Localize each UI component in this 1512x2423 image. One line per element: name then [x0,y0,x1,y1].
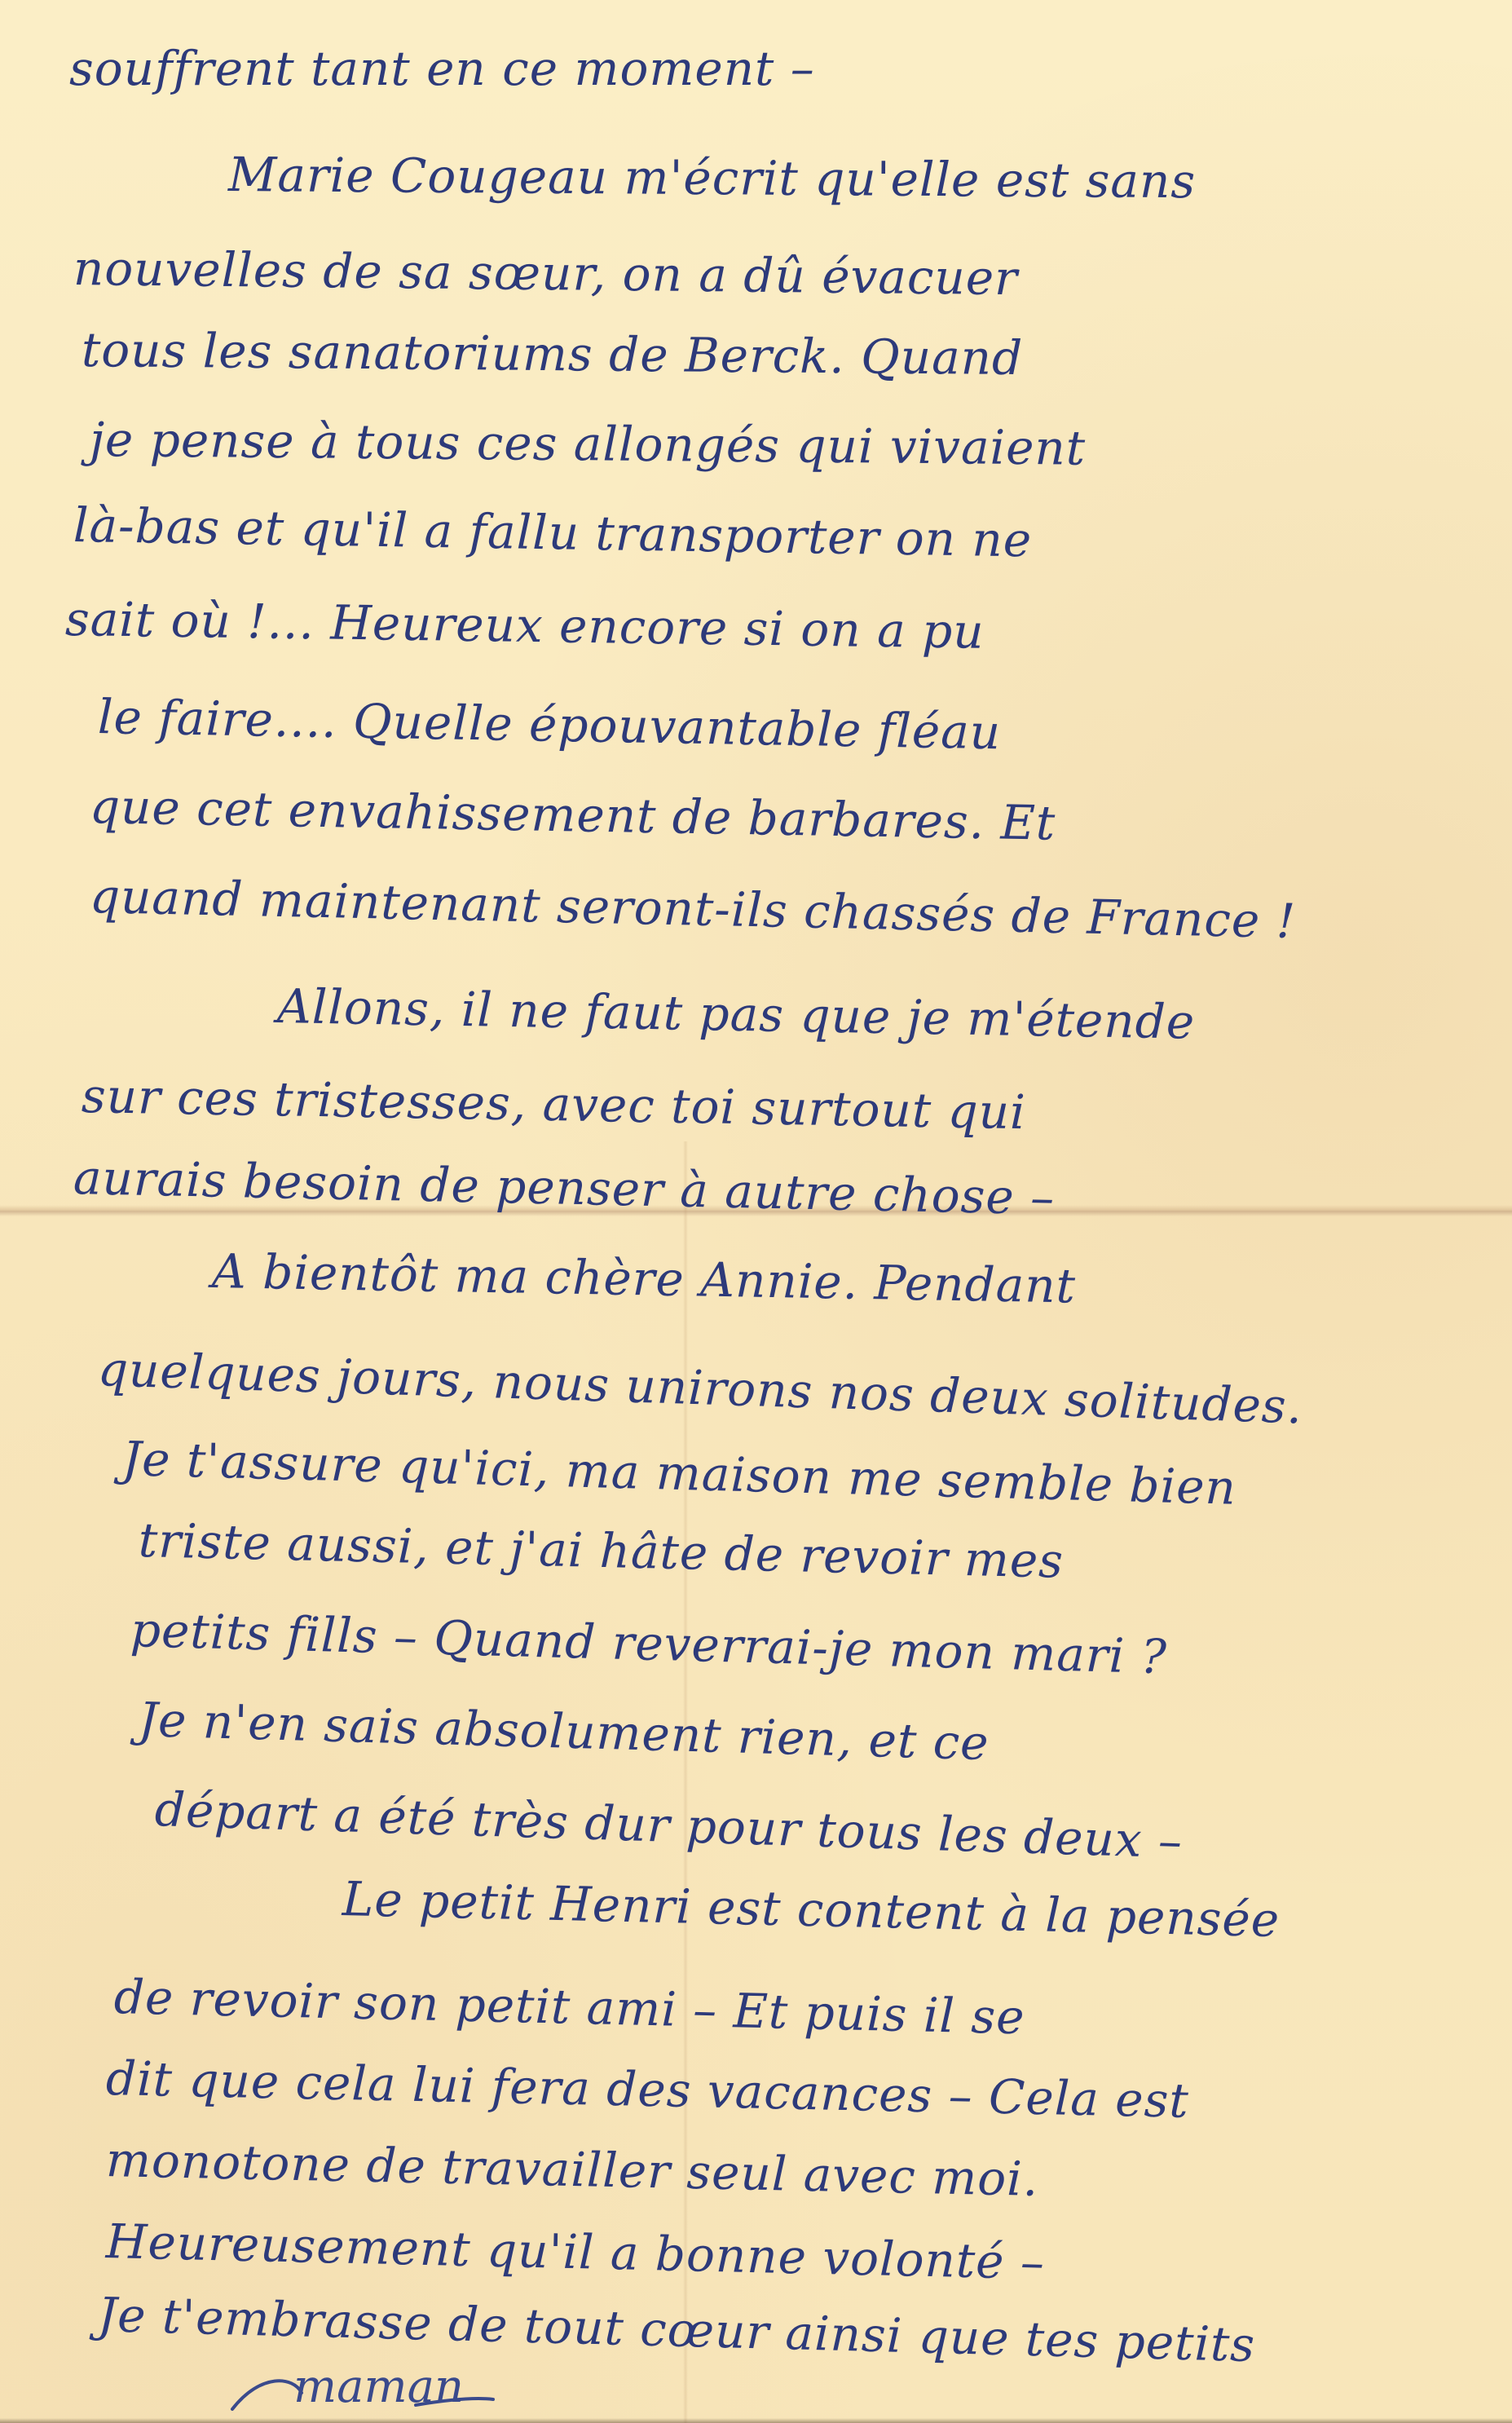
letter-line: Le petit Henri est content à la pensée [342,1875,1280,1944]
letter-line: Allons, il ne faut pas que je m'étende [276,982,1195,1046]
letter-line: Je n'en sais absolument rien, et ce [138,1696,990,1767]
letter-line: sait où !... Heureux encore si on a pu [65,595,985,655]
letter-line: sur ces tristesses, avec toi surtout qui [81,1072,1026,1136]
signature: maman [293,2360,464,2413]
letter-line: Heureusement qu'il a bonne volonté – [105,2218,1045,2286]
letter-line: quelques jours, nous unirons nos deux so… [97,1345,1303,1430]
letter-page: souffrent tant en ce moment – Marie Coug… [0,0,1512,2423]
letter-line: Marie Cougeau m'écrit qu'elle est sans [228,151,1197,205]
letter-line: dit que cela lui fera des vacances – Cel… [105,2054,1189,2125]
letter-line: le faire.... Quelle épouvantable fléau [97,693,1001,756]
letter-line: tous les sanatoriums de Berck. Quand [82,326,1024,382]
letter-line: triste aussi, et j'ai hâte de revoir mes [138,1516,1064,1585]
letter-line: de revoir son petit ami – Et puis il se [113,1973,1025,2041]
letter-line: je pense à tous ces allongés qui vivaien… [90,416,1087,472]
letter-line: souffrent tant en ce moment – [69,45,815,92]
letter-line: petits fills – Quand reverrai-je mon mar… [130,1606,1167,1680]
letter-line: nouvelles de sa sœur, on a dû évacuer [73,245,1018,302]
letter-line: quand maintenant seront-ils chassés de F… [89,872,1296,945]
letter-line: là-bas et qu'il a fallu transporter on n… [73,501,1033,563]
letter-line: monotone de travailler seul avec moi. [105,2136,1038,2203]
letter-line: Je t'embrasse de tout cœur ainsi que tes… [97,2291,1256,2368]
paper-bottom-edge [0,2418,1512,2423]
letter-line: que cet envahissement de barbares. Et [89,783,1056,847]
letter-line: A bientôt ma chère Annie. Pendant [211,1247,1076,1309]
letter-line: Je t'assure qu'ici, ma maison me semble … [121,1435,1236,1512]
letter-line: départ a été très dur pour tous les deux… [154,1785,1184,1865]
